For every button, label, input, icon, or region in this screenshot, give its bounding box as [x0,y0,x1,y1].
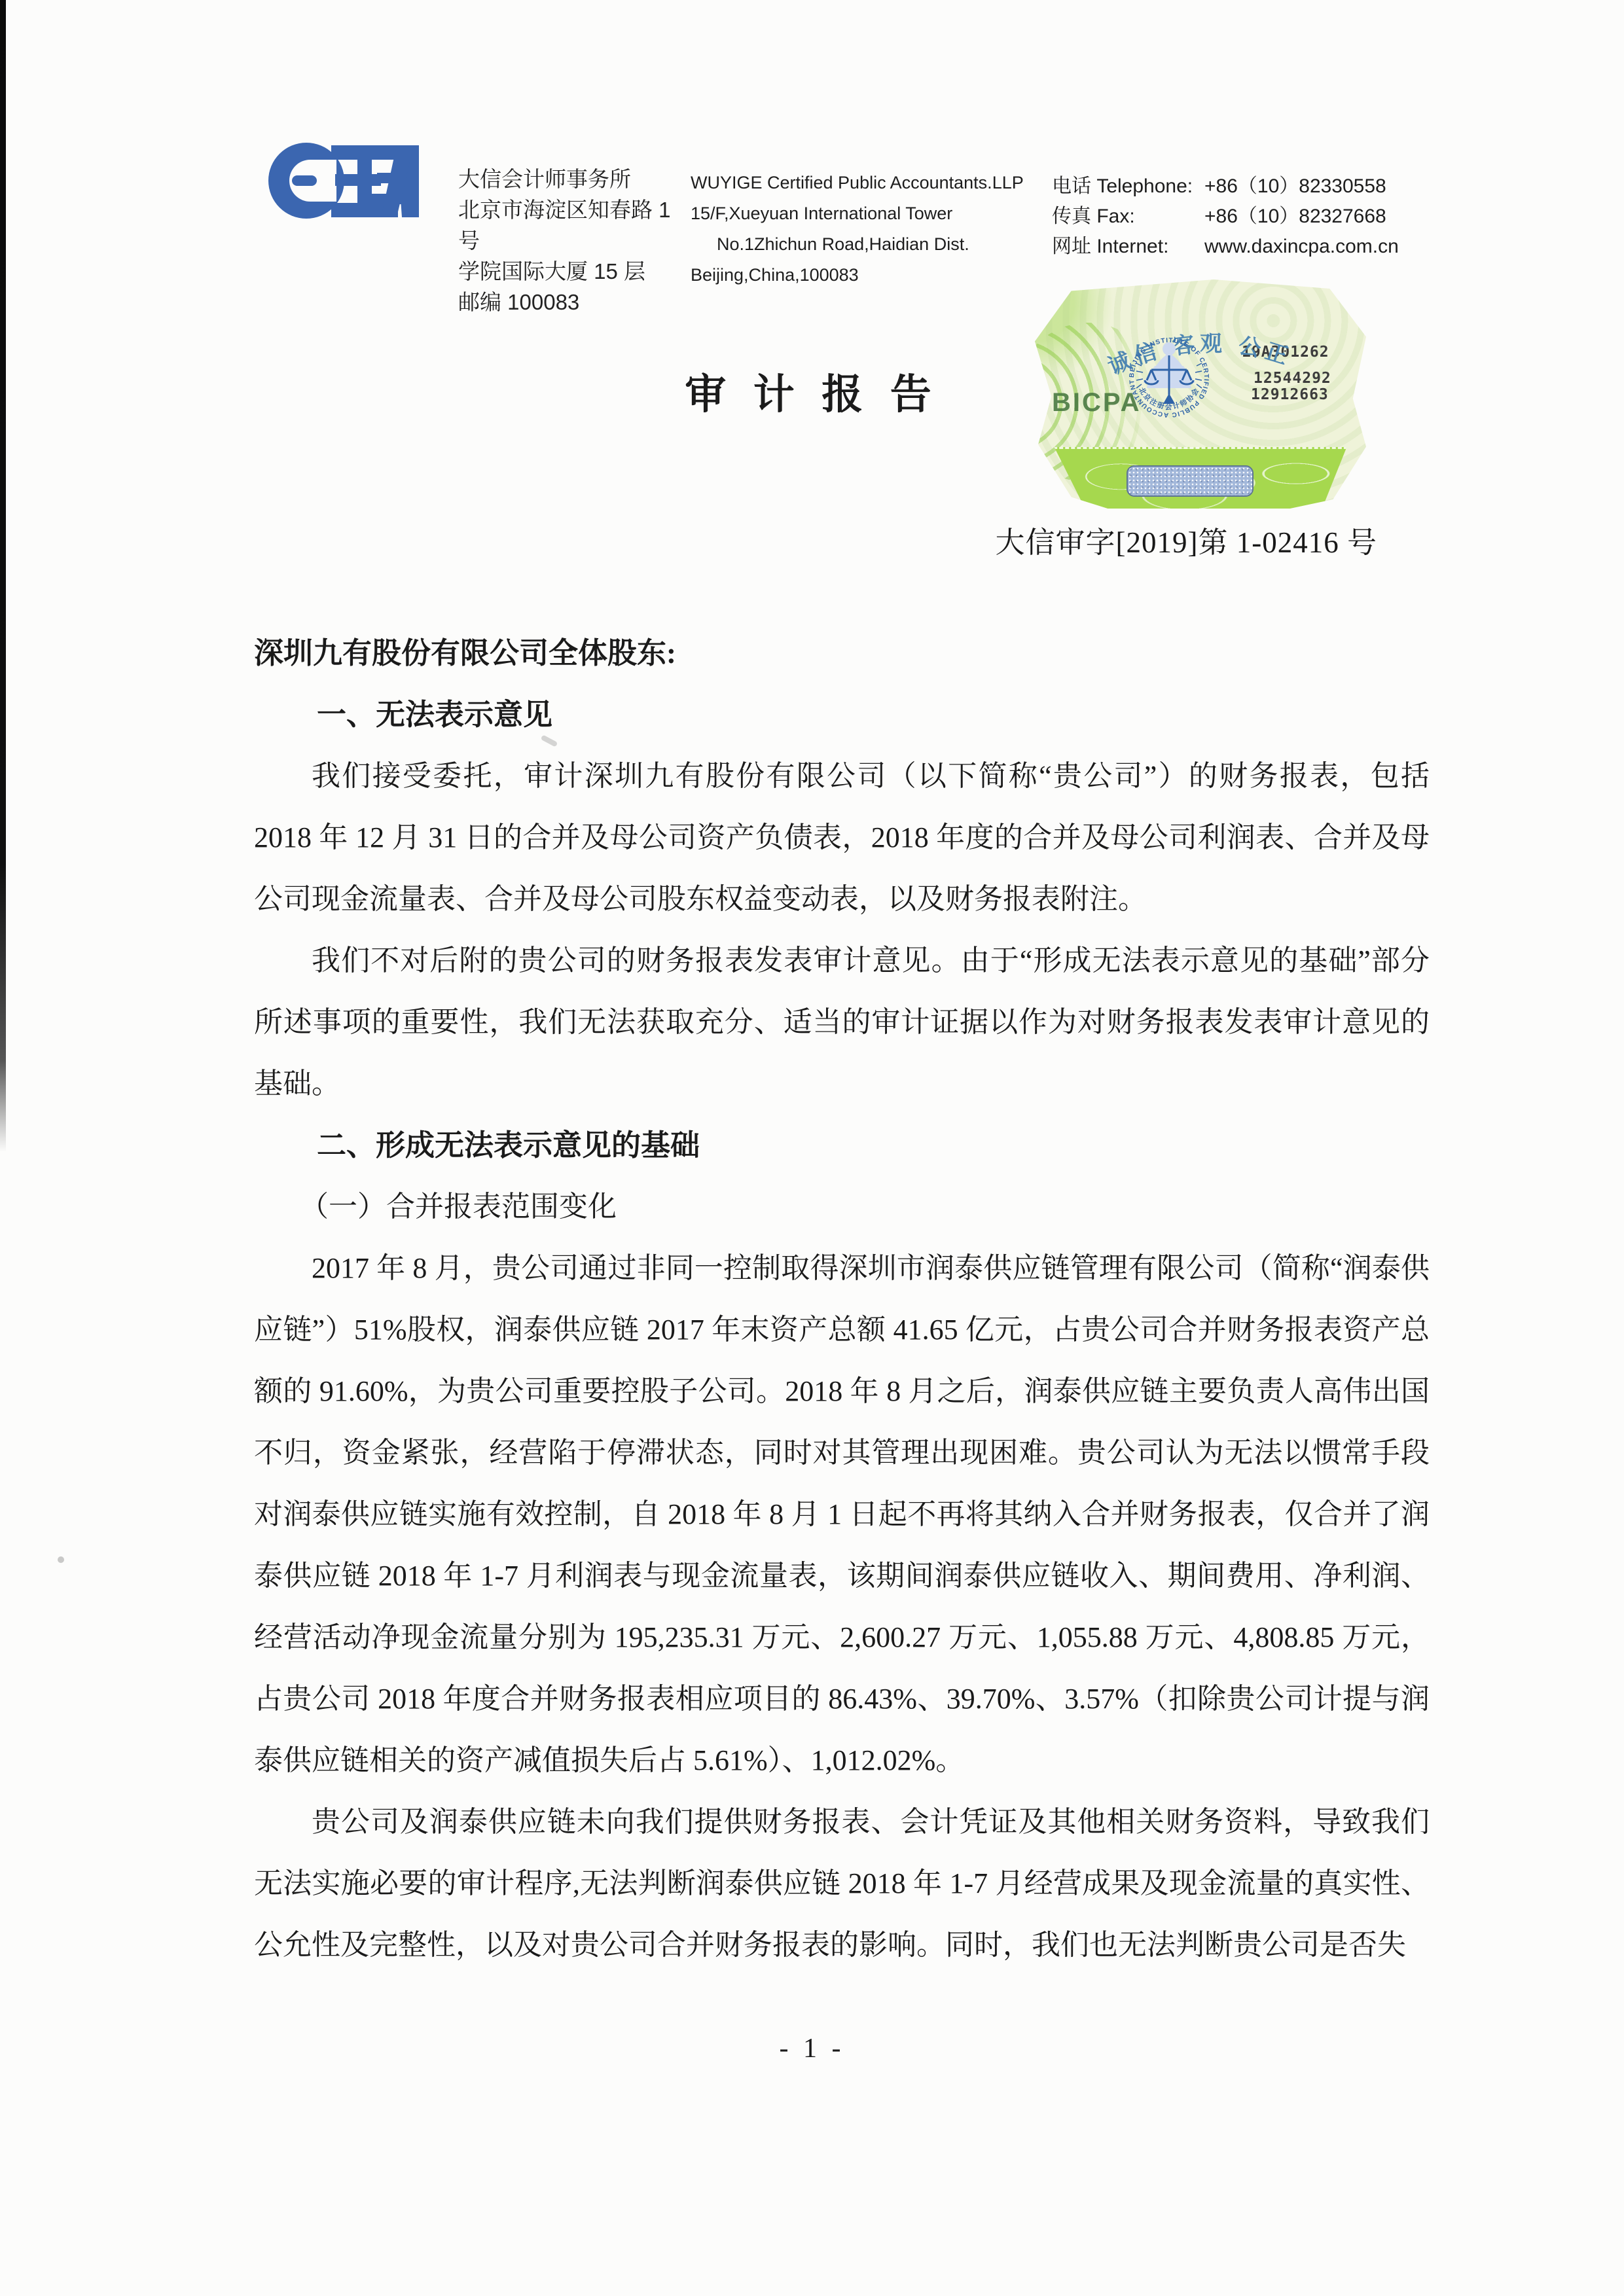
contact-label: 网址 Internet: [1052,232,1204,262]
page-number: - 1 - [0,2033,1624,2064]
contact-value: www.daxincpa.com.cn [1204,232,1399,262]
contact-row-fax: 传真 Fax: +86（10）82327668 [1052,202,1392,232]
contact-value: +86（10）82330558 [1204,171,1392,202]
section2-subheading: （一）合并报表范围变化 [254,1176,1430,1238]
contact-row-internet: 网址 Internet: www.daxincpa.com.cn [1052,232,1392,262]
addr-line: 邮编 100083 [458,287,694,317]
firm-name-en: WUYIGE Certified Public Accountants.LLP [691,168,1031,198]
audit-report-page: 大信会计师事务所 北京市海淀区知春路 1 号 学院国际大厦 15 层 邮编 10… [0,0,1624,2296]
section1-heading: 一、无法表示意见 [254,684,1430,745]
reference-number: 大信审字[2019]第 1-02416 号 [996,518,1377,561]
paragraph-missing-records: 贵公司及润泰供应链未向我们提供财务报表、会计凭证及其他相关财务资料，导致我们无法… [254,1791,1430,1976]
contact-label: 传真 Fax: [1052,202,1204,232]
addr-line: No.1Zhichun Road,Haidian Dist. [691,229,1031,260]
firm-address-cn: 大信会计师事务所 北京市海淀区知春路 1 号 学院国际大厦 15 层 邮编 10… [458,164,694,317]
firm-name-cn: 大信会计师事务所 [458,164,694,194]
sticker-emblem-icon: 诚信 客观 公正 BEIJING INSTITUTE OF CERTIFIED … [1035,279,1366,509]
addr-line: 学院国际大厦 15 层 [458,256,694,287]
firm-address-en: WUYIGE Certified Public Accountants.LLP … [691,168,1031,291]
addr-line: Beijing,China,100083 [691,260,1031,291]
contact-label: 电话 Telephone: [1052,171,1204,202]
paragraph-disclaimer: 我们不对后附的贵公司的财务报表发表审计意见。由于“形成无法表示意见的基础”部分所… [254,930,1430,1115]
contact-block: 电话 Telephone: +86（10）82330558 传真 Fax: +8… [1052,171,1392,262]
salutation: 深圳九有股份有限公司全体股东: [254,622,1430,684]
addr-line: 15/F,Xueyuan International Tower [691,198,1031,229]
paragraph-consolidation-change: 2017 年 8 月，贵公司通过非同一控制取得深圳市润泰供应链管理有限公司（简称… [254,1238,1430,1791]
contact-row-telephone: 电话 Telephone: +86（10）82330558 [1052,171,1392,202]
section2-heading: 二、形成无法表示意见的基础 [254,1115,1430,1176]
contact-value: +86（10）82327668 [1204,202,1392,232]
daxin-cpa-logo-icon [267,135,431,228]
report-body: 深圳九有股份有限公司全体股东: 一、无法表示意见 我们接受委托，审计深圳九有股份… [254,622,1430,1976]
scan-artifact [58,1556,64,1563]
addr-line: 北京市海淀区知春路 1 号 [458,194,694,256]
document-title: 审 计 报 告 [0,361,1624,421]
bicpa-hologram-sticker: BICPA 19A301262 12544292 12912663 诚信 客观 … [1035,279,1366,509]
scan-edge-artifact [0,0,6,1152]
paragraph-scope: 我们接受委托，审计深圳九有股份有限公司（以下简称“贵公司”）的财务报表，包括 2… [254,745,1430,930]
